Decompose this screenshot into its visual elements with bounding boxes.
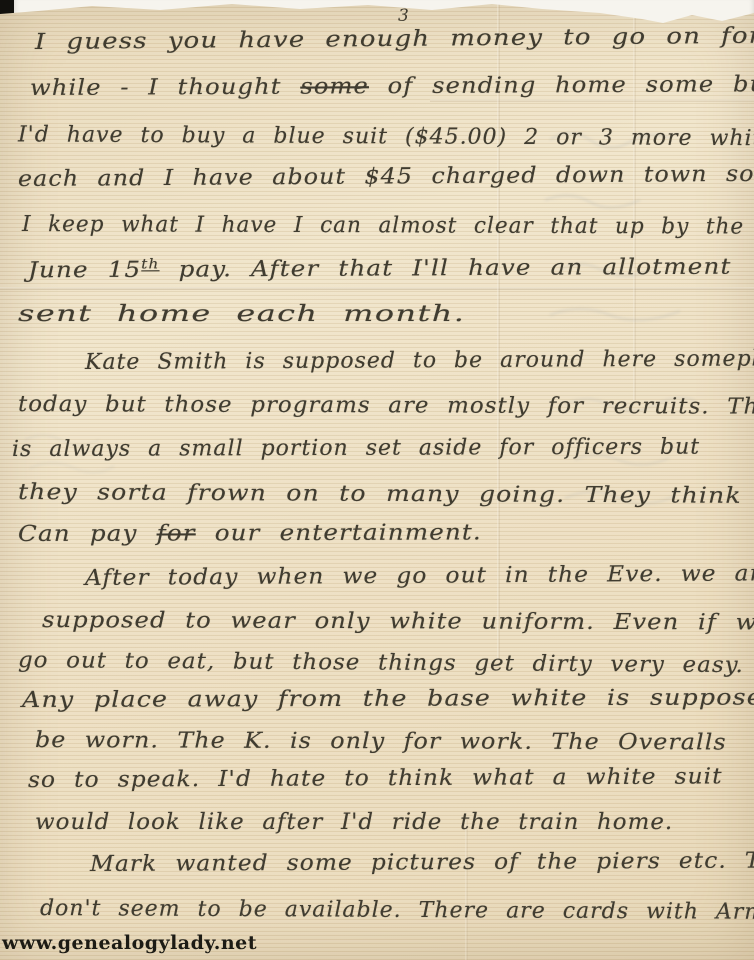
letter-paper: 3 I guess you have enough money to go on… [0, 0, 754, 960]
letter-text: is always a small portion set aside for … [12, 435, 700, 462]
page-number: 3 [398, 6, 409, 26]
letter-text: be worn. The K. is only for work. The Ov… [35, 728, 727, 755]
letter-text: Any place away from the base white is su… [22, 685, 754, 713]
fold-crease-vertical-bottom [465, 820, 468, 960]
letter-line: June 15th pay. After that I'll have an a… [28, 253, 732, 283]
fold-crease-vertical-center [497, 0, 500, 660]
letter-text: June 15 [28, 258, 141, 284]
letter-line: Can pay for our entertainment. [18, 520, 482, 547]
letter-line: Any place away from the base white is su… [22, 685, 754, 713]
letter-text: Kate Smith is supposed to be around here… [85, 346, 754, 375]
letter-text: don't seem to be available. There are ca… [40, 896, 754, 925]
struck-word: some [300, 74, 369, 99]
letter-line: they sorta frown on to many going. They … [18, 480, 754, 509]
letter-line: is always a small portion set aside for … [12, 435, 700, 462]
letter-line: today but those programs are mostly for … [18, 392, 754, 420]
letter-text: go out to eat, but those things get dirt… [18, 648, 744, 678]
letter-line: Mark wanted some pictures of the piers e… [90, 848, 754, 877]
letter-scan: 3 I guess you have enough money to go on… [0, 0, 754, 960]
letter-text: supposed to wear only white uniform. Eve… [42, 608, 754, 636]
letter-line: sent home each month. [18, 302, 465, 327]
fold-crease-horizontal-upper [0, 287, 754, 290]
letter-text: I guess you have enough money to go on f… [35, 23, 754, 55]
letter-line: go out to eat, but those things get dirt… [18, 648, 744, 678]
letter-text: Can pay [18, 522, 157, 547]
letter-line: I guess you have enough money to go on f… [35, 23, 754, 55]
letter-line: be worn. The K. is only for work. The Ov… [35, 728, 727, 755]
fold-crease-vertical-right [633, 0, 636, 400]
letter-text: each and I have about $45 charged down t… [18, 162, 754, 192]
letter-text: After today when we go out in the Eve. w… [85, 561, 754, 591]
letter-line: would look like after I'd ride the train… [35, 810, 673, 835]
letter-line: Kate Smith is supposed to be around here… [85, 346, 754, 375]
fold-crease-horizontal-top [430, 99, 754, 102]
letter-text: they sorta frown on to many going. They … [18, 480, 754, 509]
letter-text: our entertainment. [196, 520, 482, 546]
letter-line: I keep what I have I can almost clear th… [22, 212, 744, 240]
letter-text: of sending home some but [369, 72, 754, 99]
letter-line: each and I have about $45 charged down t… [18, 162, 754, 192]
letter-text: I keep what I have I can almost clear th… [22, 212, 744, 240]
letter-text: so to speak. I'd hate to think what a wh… [28, 764, 723, 793]
struck-word: for [157, 521, 196, 546]
letter-text: would look like after I'd ride the train… [35, 810, 673, 835]
letter-text: Mark wanted some pictures of the piers e… [90, 848, 754, 877]
letter-text: pay. After that I'll have an allotment [159, 255, 731, 283]
letter-line: so to speak. I'd hate to think what a wh… [28, 764, 723, 793]
letter-line: After today when we go out in the Eve. w… [85, 561, 754, 591]
letter-text: I'd have to buy a blue suit ($45.00) 2 o… [18, 122, 754, 151]
letter-text: sent home each month. [18, 302, 465, 327]
letter-line: don't seem to be available. There are ca… [40, 896, 754, 925]
letter-text: today but those programs are mostly for … [18, 392, 754, 420]
letter-text: while - I thought [30, 75, 300, 101]
letter-text: th [141, 256, 159, 272]
letter-line: I'd have to buy a blue suit ($45.00) 2 o… [18, 121, 754, 152]
letter-line: while - I thought some of sending home s… [30, 72, 754, 101]
watermark: www.genealogylady.net [2, 932, 257, 954]
letter-line: supposed to wear only white uniform. Eve… [42, 608, 754, 636]
